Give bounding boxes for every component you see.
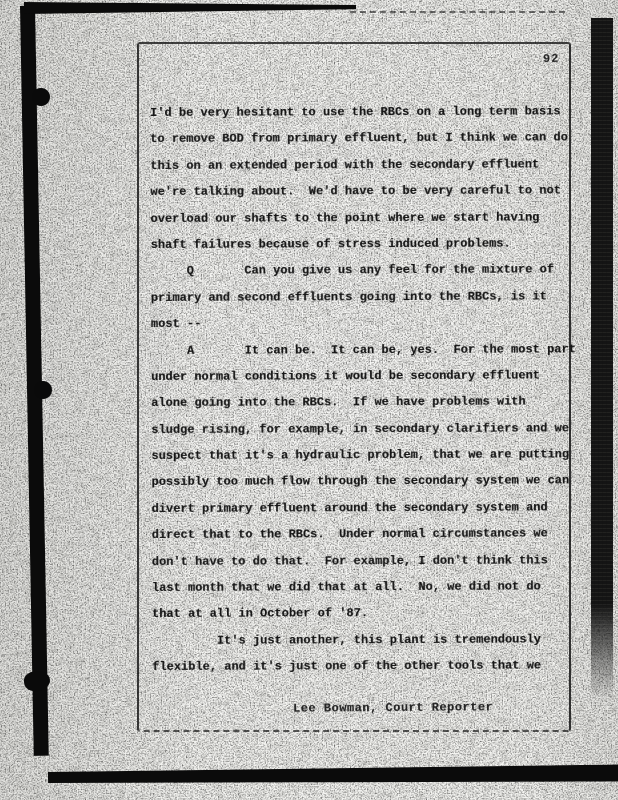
punch-hole-top — [32, 88, 50, 106]
transcript-line: possibly too much flow through the secon… — [151, 468, 569, 496]
transcript-line: overload our shafts to the point where w… — [150, 204, 568, 232]
transcript-line: suspect that it's a hydraulic problem, t… — [151, 441, 569, 469]
transcript-line: primary and second effluents going into … — [151, 283, 569, 311]
transcript-line: I'd be very hesitant to use the RBCs on … — [150, 98, 568, 126]
transcript-line: flexible, and it's just one of the other… — [152, 653, 570, 681]
transcript-line: direct that to the RBCs. Under normal ci… — [152, 521, 570, 549]
transcript-line: we're talking about. We'd have to be ver… — [150, 178, 568, 206]
transcript-line: It's just another, this plant is tremend… — [152, 626, 570, 654]
transcript-line: A It can be. It can be, yes. For the mos… — [151, 336, 569, 364]
court-reporter-footer: Lee Bowman, Court Reporter — [293, 700, 493, 715]
transcript-line: alone going into the RBCs. If we have pr… — [151, 389, 569, 417]
transcript-line: to remove BOD from primary effluent, but… — [150, 125, 568, 153]
transcript-line: most -- — [151, 310, 569, 338]
page-number: 92 — [543, 52, 560, 67]
transcript-line: don't have to do that. For example, I do… — [152, 547, 570, 575]
transcript-line: shaft failures because of stress induced… — [151, 230, 569, 258]
transcript-line: sludge rising, for example, in secondary… — [151, 415, 569, 443]
scanned-transcript-page: 92 I'd be very hesitant to use the RBCs … — [0, 0, 618, 800]
transcript-line: that at all in October of '87. — [152, 600, 570, 628]
punch-hole-middle — [34, 381, 52, 399]
right-scan-edge — [591, 18, 613, 700]
top-scan-edge-line — [350, 11, 565, 15]
transcript-line: Q Can you give us any feel for the mixtu… — [151, 257, 569, 285]
top-scan-edge — [24, 2, 356, 14]
bottom-scan-edge — [48, 764, 618, 786]
transcript-body: I'd be very hesitant to use the RBCs on … — [150, 98, 570, 680]
transcript-line: last month that we did that at all. No, … — [152, 573, 570, 601]
transcript-line: this on an extended period with the seco… — [150, 151, 568, 179]
transcript-line: under normal conditions it would be seco… — [151, 362, 569, 390]
transcript-line: divert primary effluent around the secon… — [152, 494, 570, 522]
